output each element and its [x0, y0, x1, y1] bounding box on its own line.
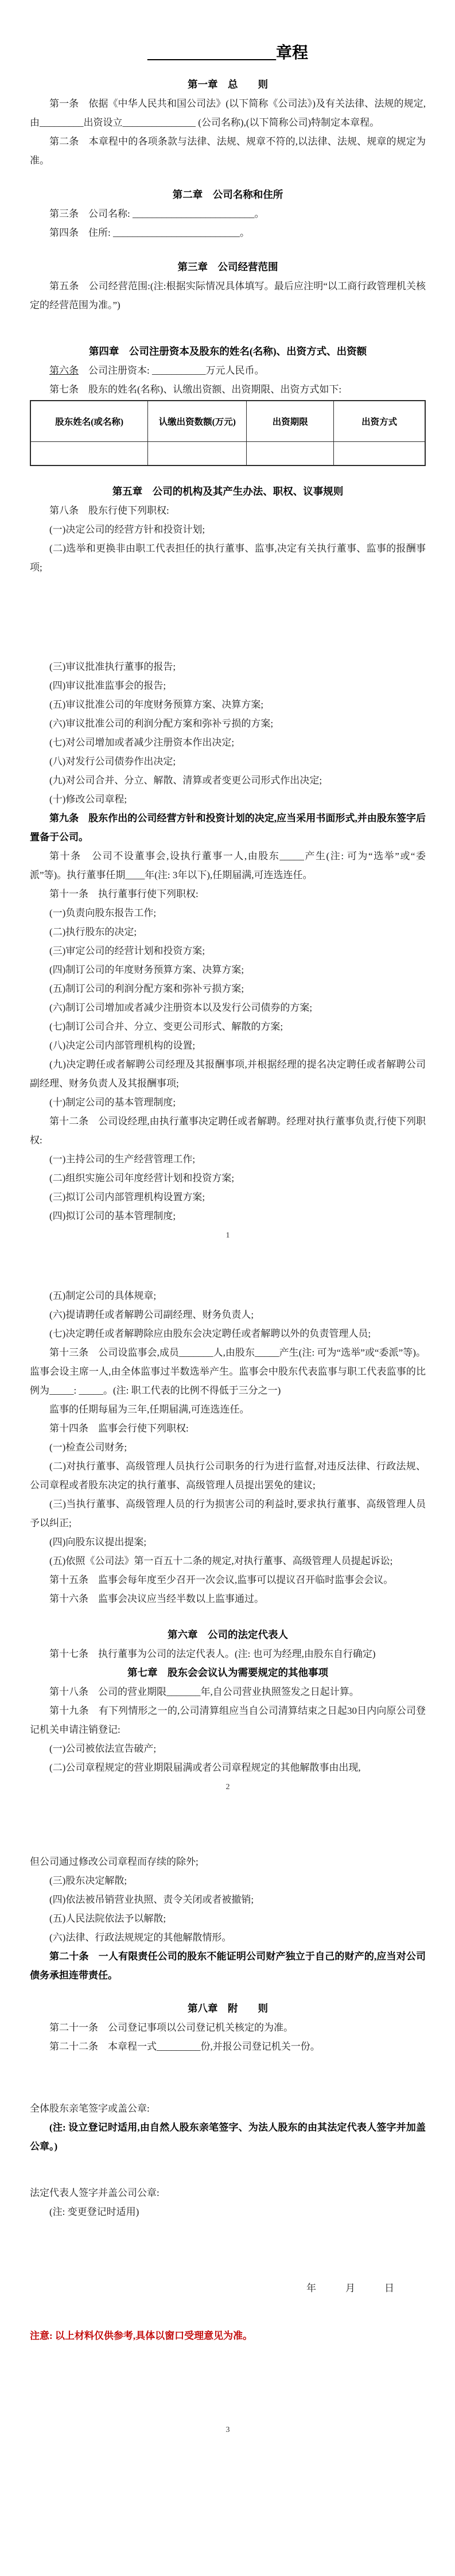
- table-header-cell: 股东姓名(或名称): [30, 401, 148, 442]
- paragraph: (十)制定公司的基本管理制度;: [30, 1093, 426, 1112]
- paragraph: 第十三条 公司设监事会,成员_______人,由股东_____产生(注: 可为“…: [30, 1343, 426, 1400]
- paragraph: (一)检查公司财务;: [30, 1438, 426, 1457]
- paragraph: (四)审议批准监事会的报告;: [30, 676, 426, 695]
- spacer: [30, 2056, 426, 2099]
- paragraph: 第十七条 执行董事为公司的法定代表人。(注: 也可为经理,由股东自行确定): [30, 1644, 426, 1663]
- paragraph: 第十五条 监事会每年度至少召开一次会议,监事可以提议召开临时监事会会议。: [30, 1570, 426, 1589]
- paragraph: (二)公司章程规定的营业期限届满或者公司章程规定的其他解散事由出现,: [30, 1758, 426, 1777]
- paragraph: 第十条 公司不设董事会,设执行董事一人,由股东_____产生(注: 可为“选举”…: [30, 847, 426, 884]
- table-header-cell: 出资期限: [247, 401, 334, 442]
- table-row: [30, 442, 425, 466]
- spacer: [30, 2221, 426, 2279]
- paragraph: 第四条 住所: __________________________。: [30, 223, 426, 242]
- chapter-heading: 第八章 附 则: [30, 1999, 426, 2018]
- chapter-heading: 第三章 公司经营范围: [30, 258, 426, 277]
- table-cell: [247, 442, 334, 466]
- paragraph: 第三条 公司名称: _________________________。: [30, 204, 426, 223]
- paragraph: (四)向股东议提出提案;: [30, 1533, 426, 1551]
- paragraph: (六)制订公司增加或者减少注册资本以及发行公司债券的方案;: [30, 998, 426, 1017]
- chapter-heading: 第一章 总 则: [30, 75, 426, 94]
- paragraph: (二)执行股东的决定;: [30, 922, 426, 941]
- paragraph: 第一条 依据《中华人民共和国公司法》(以下简称《公司法》)及有关法律、法规的规定…: [30, 94, 426, 132]
- paragraph: (九)决定聘任或者解聘公司经理及其报酬事项,并根据经理的提名决定聘任或者解聘公司…: [30, 1055, 426, 1093]
- chapter-heading: 第二章 公司名称和住所: [30, 185, 426, 204]
- paragraph: 第十六条 监事会决议应当经半数以上监事通过。: [30, 1589, 426, 1608]
- paragraph: (八)决定公司内部管理机构的设置;: [30, 1036, 426, 1055]
- paragraph: (二)选举和更换非由职工代表担任的执行董事、监事,决定有关执行董事、监事的报酬事…: [30, 539, 426, 577]
- spacer: [30, 2156, 426, 2183]
- paragraph: 第十八条 公司的营业期限_______年,自公司营业执照签发之日起计算。: [30, 1682, 426, 1701]
- paragraph: (四)拟订公司的基本管理制度;: [30, 1206, 426, 1225]
- paragraph: (一)主持公司的生产经营管理工作;: [30, 1150, 426, 1169]
- page-number-2: 2: [30, 1780, 426, 1795]
- paragraph: (五)人民法院依法予以解散;: [30, 1909, 426, 1928]
- paragraph: (十)修改公司章程;: [30, 790, 426, 809]
- paragraph: (一)负责向股东报告工作;: [30, 903, 426, 922]
- page-number-1: 1: [30, 1228, 426, 1243]
- table-header-row: 股东姓名(或名称)认缴出资数额(万元)出资期限出资方式: [30, 401, 425, 442]
- chapter-heading: 第四章 公司注册资本及股东的姓名(名称)、出资方式、出资额: [30, 342, 426, 361]
- paragraph: (三)拟订公司内部管理机构设置方案;: [30, 1188, 426, 1206]
- shareholder-table: 股东姓名(或名称)认缴出资数额(万元)出资期限出资方式: [30, 400, 426, 466]
- paragraph: 第十九条 有下列情形之一的,公司清算组应当自公司清算结束之日起30日内向原公司登…: [30, 1701, 426, 1739]
- document-root: { "meta": { "background_color": "#ffffff…: [0, 0, 455, 2576]
- paragraph: 第二十一条 公司登记事项以公司登记机关核定的为准。: [30, 2018, 426, 2037]
- paragraph: (六)提请聘任或者解聘公司副经理、财务负责人;: [30, 1305, 426, 1324]
- paragraph: (八)对发行公司债券作出决定;: [30, 752, 426, 771]
- paragraph: 第八条 股东行使下列职权:: [30, 501, 426, 520]
- paragraph: (二)组织实施公司年度经营计划和投资方案;: [30, 1169, 426, 1188]
- paragraph: 第十四条 监事会行使下列职权:: [30, 1419, 426, 1438]
- signature-label-legal-representative: 法定代表人签字并盖公司公章:: [30, 2183, 426, 2202]
- paragraph: 但公司通过修改公司章程而存续的除外;: [30, 1852, 426, 1871]
- paragraph: 第五条 公司经营范围:(注:根据实际情况具体填写。最后应注明“以工商行政管理机关…: [30, 277, 426, 315]
- document-page: ________________章程第一章 总 则第一条 依据《中华人民共和国公…: [30, 0, 426, 2461]
- paragraph: 监事的任期每届为三年,任期届满,可连选连任。: [30, 1400, 426, 1419]
- paragraph: (一)决定公司的经营方针和投资计划;: [30, 520, 426, 539]
- paragraph: (四)制订公司的年度财务预算方案、决算方案;: [30, 960, 426, 979]
- spacer: [30, 2345, 426, 2420]
- document-title: ________________章程: [30, 42, 426, 65]
- paragraph: (七)制订公司合并、分立、变更公司形式、解散的方案;: [30, 1017, 426, 1036]
- paragraph: (九)对公司合并、分立、解散、清算或者变更公司形式作出决定;: [30, 771, 426, 790]
- paragraph: (注: 设立登记时适用,由自然人股东亲笔签字、为法人股东的由其法定代表人签字并加…: [30, 2118, 426, 2156]
- date-line: 年 月 日: [30, 2279, 426, 2298]
- paragraph: (五)制订公司的利润分配方案和弥补亏损方案;: [30, 979, 426, 998]
- paragraph: 第七条 股东的姓名(名称)、认缴出资额、出资期限、出资方式如下:: [30, 380, 426, 399]
- paragraph: (三)审议批准执行董事的报告;: [30, 657, 426, 676]
- shareholder-table-wrap: 股东姓名(或名称)认缴出资数额(万元)出资期限出资方式: [30, 400, 426, 466]
- chapter-heading: 第六章 公司的法定代表人: [30, 1625, 426, 1644]
- paragraph: (一)公司被依法宣告破产;: [30, 1739, 426, 1758]
- table-cell: [30, 442, 148, 466]
- paragraph: (三)股东决定解散;: [30, 1871, 426, 1890]
- paragraph: (注: 变更登记时适用): [30, 2202, 426, 2221]
- notice-text: 注意: 以上材料仅供参考,具体以窗口受理意见为准。: [30, 2326, 426, 2345]
- paragraph: (五)依照《公司法》第一百五十二条的规定,对执行董事、高级管理人员提起诉讼;: [30, 1551, 426, 1570]
- paragraph: 第二条 本章程中的各项条款与法律、法规、规章不符的,以法律、法规、规章的规定为准…: [30, 132, 426, 170]
- paragraph: 第九条 股东作出的公司经营方针和投资计划的决定,应当采用书面形式,并由股东签字后…: [30, 809, 426, 847]
- paragraph: (七)决定聘任或者解聘除应由股东会决定聘任或者解聘以外的负责管理人员;: [30, 1324, 426, 1343]
- paragraph: (七)对公司增加或者减少注册资本作出决定;: [30, 733, 426, 752]
- clause-registered-capital: 第六条 公司注册资本: ___________万元人民币。: [30, 361, 426, 380]
- paragraph: 第十二条 公司设经理,由执行董事决定聘任或者解聘。经理对执行董事负责,行使下列职…: [30, 1112, 426, 1150]
- paragraph: (三)审定公司的经营计划和投资方案;: [30, 941, 426, 960]
- table-cell: [334, 442, 425, 466]
- clause-number-underlined: 第六条: [49, 365, 79, 376]
- table-header-cell: 认缴出资数额(万元): [148, 401, 247, 442]
- table-header-cell: 出资方式: [334, 401, 425, 442]
- paragraph: (四)依法被吊销营业执照、责令关闭或者被撤销;: [30, 1890, 426, 1909]
- paragraph: (五)制定公司的具体规章;: [30, 1286, 426, 1305]
- chapter-heading: 第五章 公司的机构及其产生办法、职权、议事规则: [30, 482, 426, 501]
- paragraph: 第十一条 执行董事行使下列职权:: [30, 884, 426, 903]
- spacer: [30, 2298, 426, 2326]
- paragraph: (二)对执行董事、高级管理人员执行公司职务的行为进行监督,对违反法律、行政法规、…: [30, 1457, 426, 1495]
- spacer: [30, 577, 426, 657]
- table-cell: [148, 442, 247, 466]
- chapter-heading: 第七章 股东会会议认为需要规定的其他事项: [30, 1663, 426, 1682]
- paragraph: (三)当执行董事、高级管理人员的行为损害公司的利益时,要求执行董事、高级管理人员…: [30, 1495, 426, 1533]
- page-number-3: 3: [30, 2423, 426, 2438]
- signature-label-shareholders: 全体股东亲笔签字或盖公章:: [30, 2099, 426, 2118]
- paragraph: 第二十条 一人有限责任公司的股东不能证明公司财产独立于自己的财产的,应当对公司债…: [30, 1947, 426, 1985]
- spacer: [30, 1795, 426, 1852]
- paragraph: 第二十二条 本章程一式_________份,并报公司登记机关一份。: [30, 2037, 426, 2056]
- paragraph: (五)审议批准公司的年度财务预算方案、决算方案;: [30, 695, 426, 714]
- paragraph: (六)法律、行政法规规定的其他解散情形。: [30, 1928, 426, 1947]
- paragraph: (六)审议批准公司的利润分配方案和弥补亏损的方案;: [30, 714, 426, 733]
- spacer: [30, 1243, 426, 1286]
